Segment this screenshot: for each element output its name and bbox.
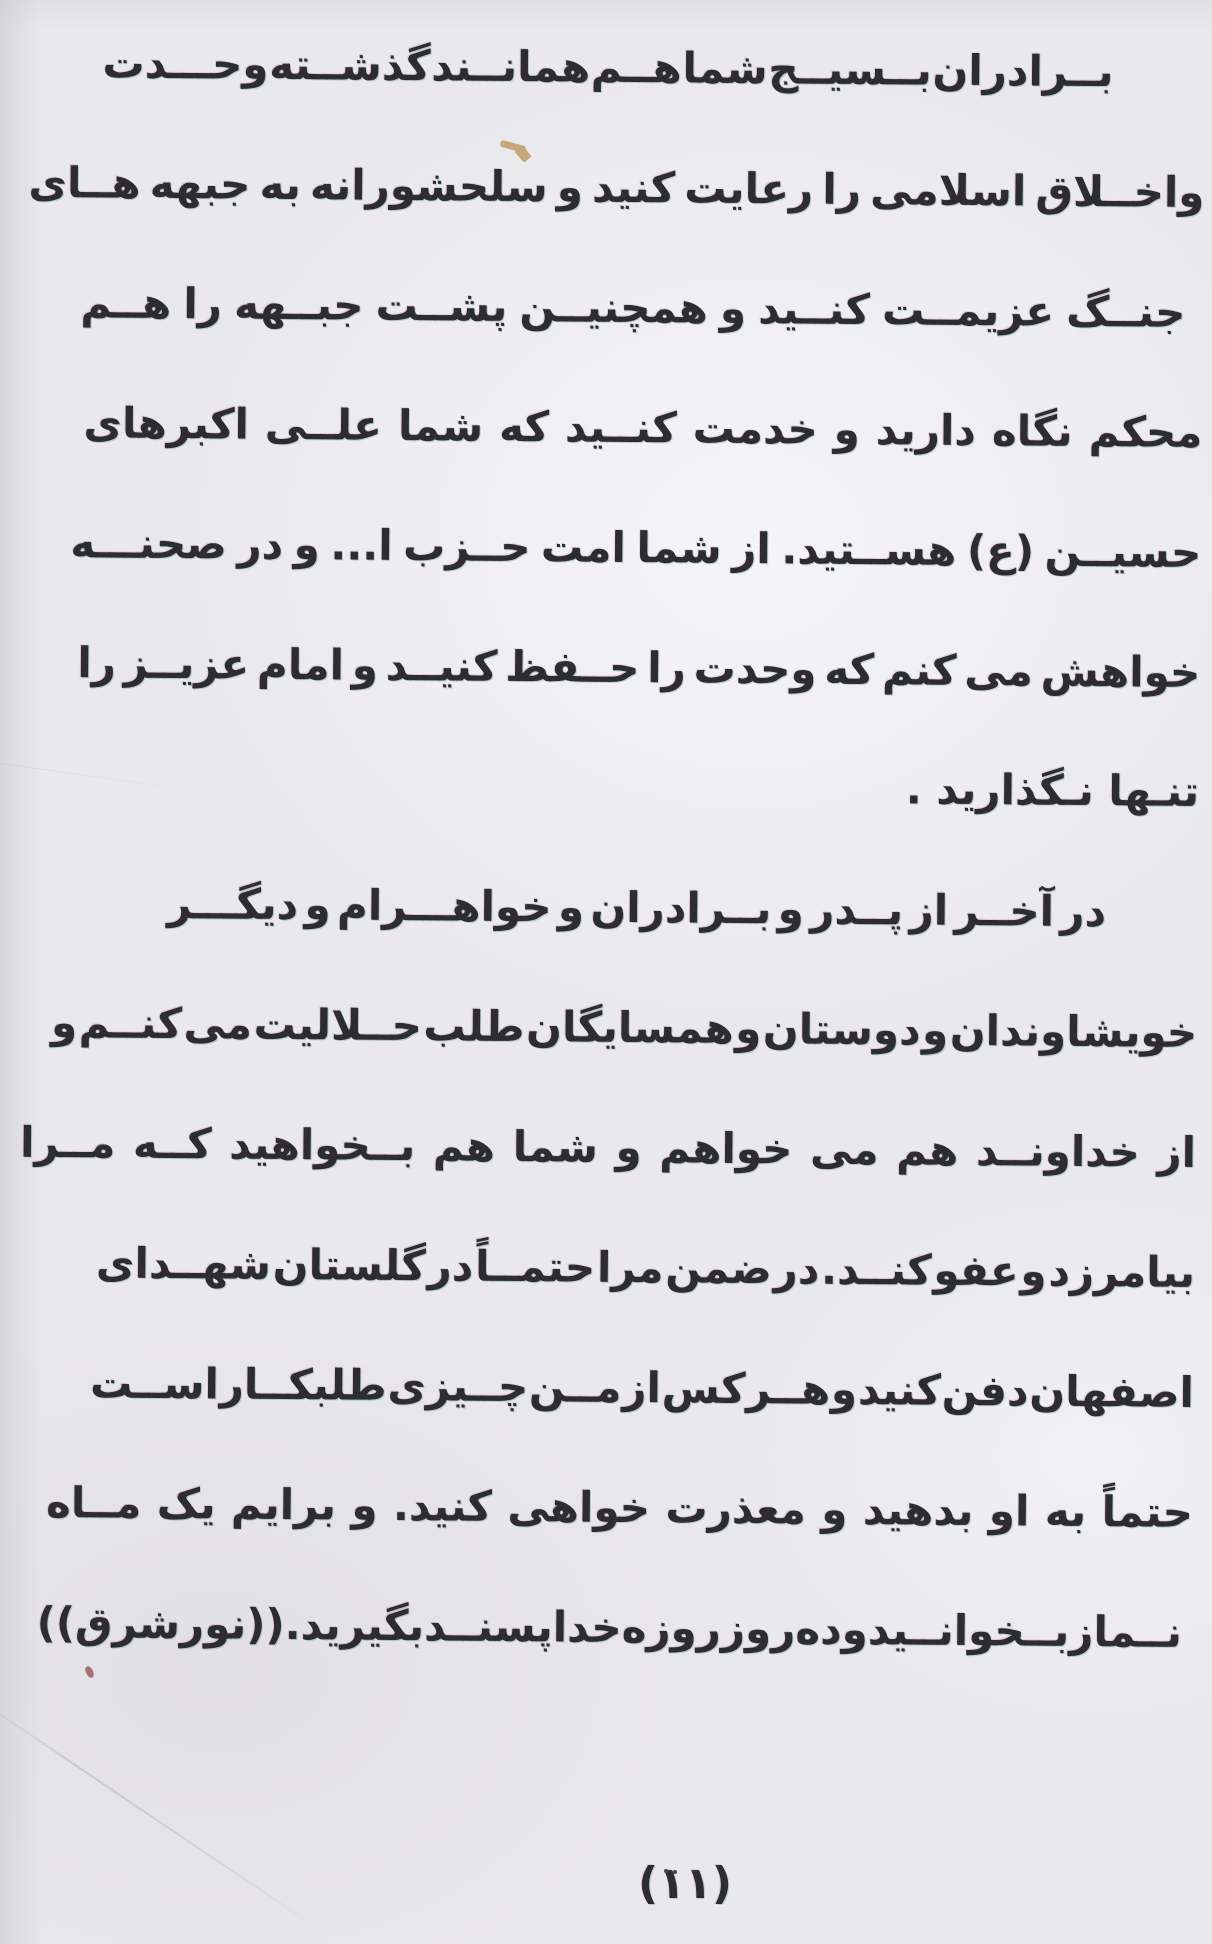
scanned-document-page: بــرادرانبــسیــجشماهــمهمانــندگذشــتهو… (0, 0, 1212, 1944)
text-line: اصفهاندفنکنیدوهــرکسازمــنچــیزیطلبکــار… (17, 1322, 1194, 1452)
page-number: (۱۱) (630, 1858, 740, 1909)
text-line: نــمازبــخوانــیدودهروزروزهخداپسنــدبگیر… (15, 1562, 1192, 1692)
text-line: واخــلاقاسلامیرارعایتکنیدوسلحشورانهبهجبه… (28, 122, 1205, 252)
text-line: تنـها نـگذارید . (23, 722, 1200, 852)
text-line: حتماًبهاوبدهیدومعذرتخواهیکنید.وبرایمیکمـ… (16, 1442, 1193, 1572)
text-line: محکمنگاهداریدوخدمتکنــیدکهشماعلــیاکبرها… (26, 362, 1203, 492)
text-line: بیامرزدوعفوکنــد.درضمنمراحتمــاًدرگلستان… (19, 1202, 1196, 1332)
text-line: خویشاوندانودوستانوهمسایگانطلبحــلالیتمیک… (21, 962, 1198, 1092)
text-line: خواهشمیکنمکهوحدتراحــفظکنیــدوامامعزیــز… (24, 602, 1201, 732)
text-line: درآخــرازپــدروبــرادرانوخواهـــرامودیگـ… (22, 842, 1199, 972)
document-text: بــرادرانبــسیــجشماهــمهمانــندگذشــتهو… (15, 2, 1206, 1692)
text-line: جنــگعزیمــتکنــیدوهمچنیــنپشــتجبــههرا… (27, 242, 1204, 372)
scan-dots-artifact (664, 1869, 668, 1873)
text-line: بــرادرانبــسیــجشماهــمهمانــندگذشــتهو… (29, 2, 1206, 132)
paper-crease (0, 1693, 327, 1935)
text-line: ازخداونــدهممیخواهموشماهمبــخواهیدکــهمـ… (20, 1082, 1197, 1212)
text-line: حسیــن(ع)هســتید.ازشماامتحــزبا...ودرصحن… (25, 482, 1202, 612)
